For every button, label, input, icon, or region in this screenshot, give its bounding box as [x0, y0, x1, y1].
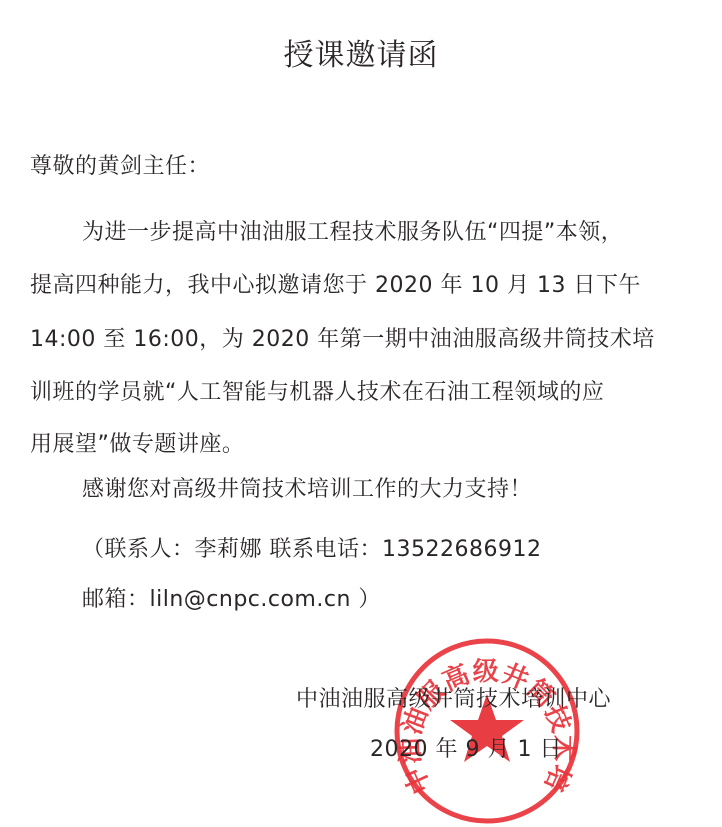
- body-line-4: 训班的学员就“人工智能与机器人技术在石油工程领域的应: [30, 378, 604, 408]
- body-line-3: 14:00 至 16:00，为 2020 年第一期中油油服高级井筒技术培: [30, 325, 655, 355]
- signature-org: 中油油服高级井筒技术培训中心: [296, 685, 611, 715]
- page-title: 授课邀请函: [0, 30, 722, 74]
- invitation-letter: 授课邀请函 尊敬的黄剑主任： 为进一步提高中油油服工程技术服务队伍“四提”本领，…: [0, 0, 722, 827]
- signature-date: 2020 年 9 月 1 日: [370, 735, 562, 765]
- salutation: 尊敬的黄剑主任：: [30, 152, 210, 182]
- body-line-1: 为进一步提高中油油服工程技术服务队伍“四提”本领，: [82, 218, 623, 248]
- contact-line: （联系人：李莉娜 联系电话：13522686912: [82, 535, 541, 565]
- thanks-line: 感谢您对高级井筒技术培训工作的大力支持！: [82, 475, 532, 505]
- body-line-5: 用展望”做专题讲座。: [30, 430, 244, 460]
- body-line-2: 提高四种能力，我中心拟邀请您于 2020 年 10 月 13 日下午: [30, 271, 641, 301]
- email-line: 邮箱：liln@cnpc.com.cn ）: [82, 585, 381, 615]
